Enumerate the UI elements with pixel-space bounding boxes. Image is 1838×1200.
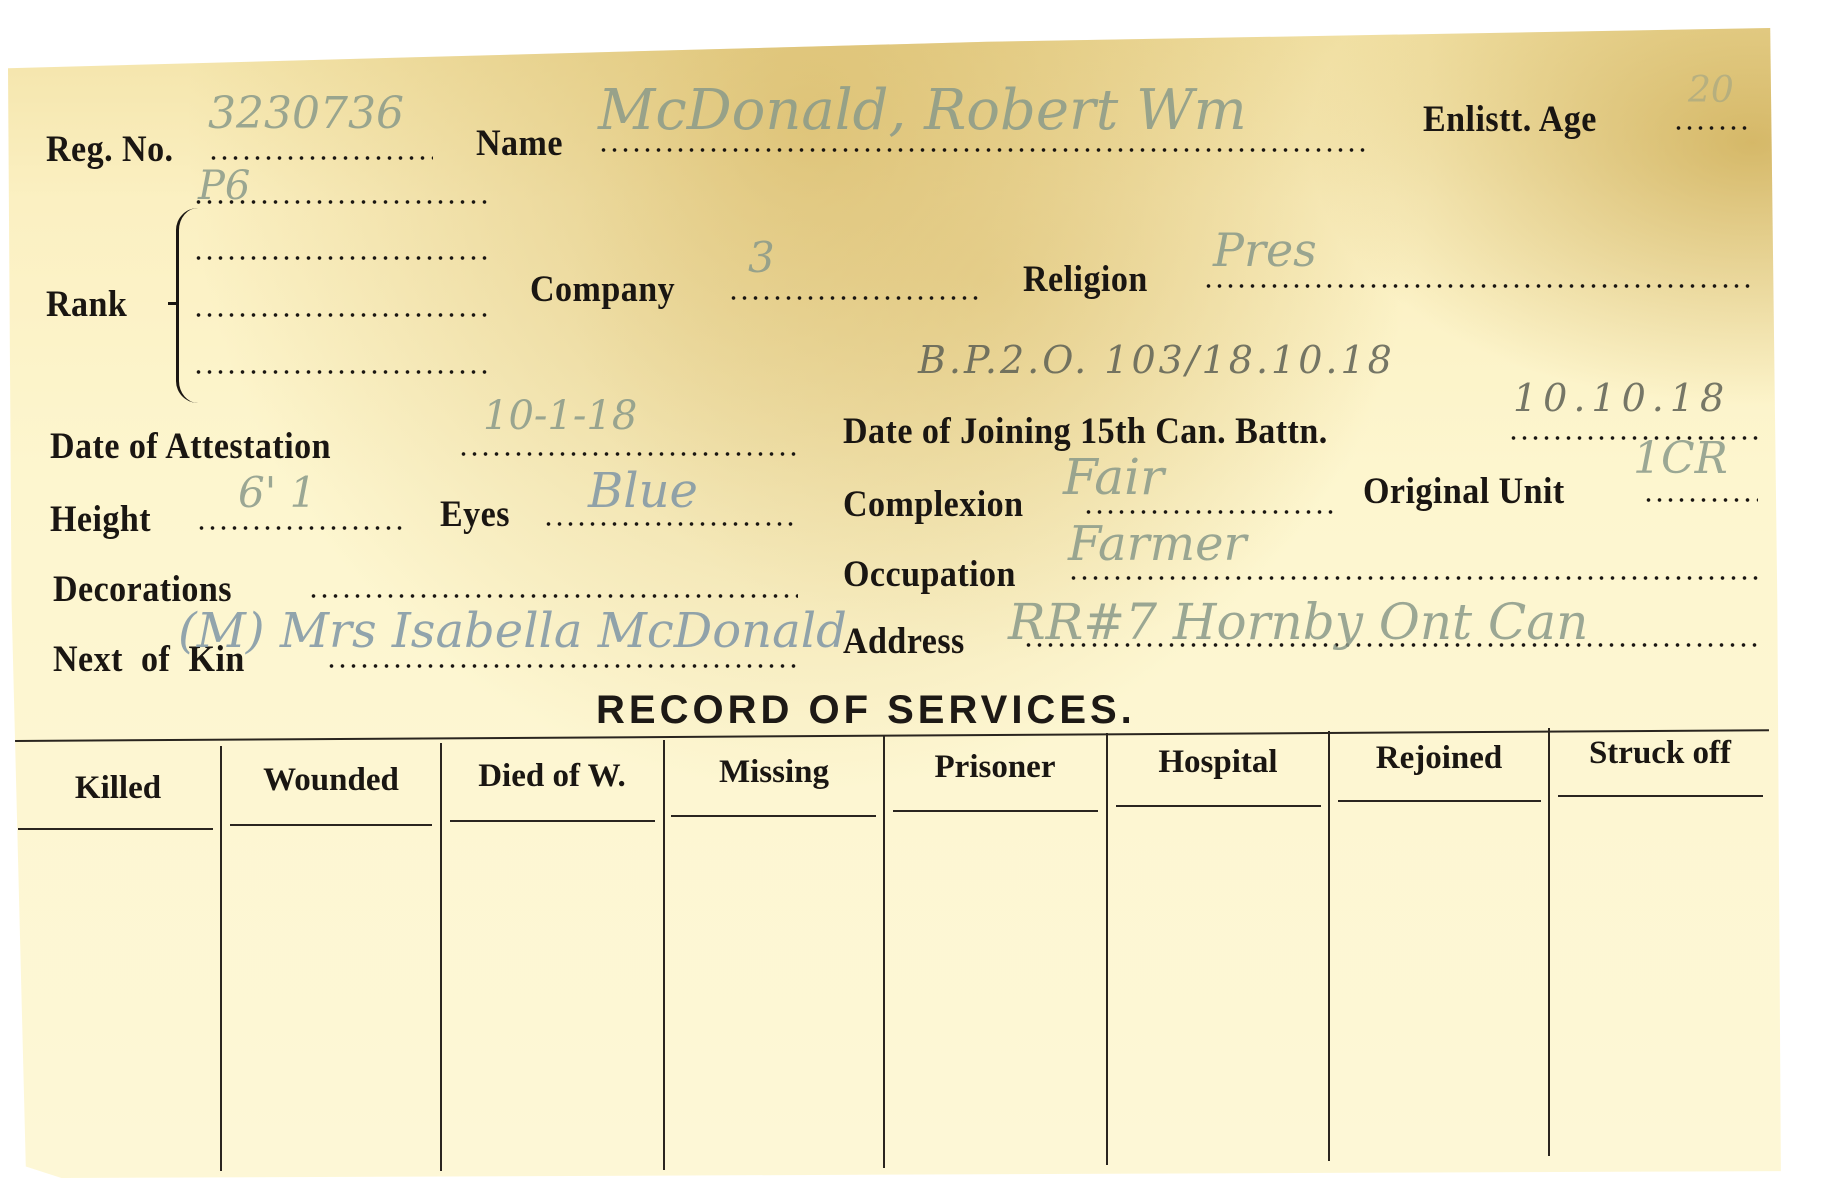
next-of-kin-dotted-line (326, 664, 798, 668)
enlist-age-value: 20 (1688, 70, 1734, 111)
annotation-note: B.P.2.O. 103/18.10.18 (918, 338, 1395, 382)
occupation-dotted-line (1068, 576, 1758, 580)
reg-no-label: Reg. No. (46, 128, 174, 171)
religion-dotted-line (1203, 284, 1753, 288)
record-of-services-title: RECORD OF SERVICES. (596, 688, 1136, 733)
col-header-struck-off: Struck off (1550, 735, 1770, 772)
rank-line-1 (193, 200, 493, 204)
company-value: 3 (748, 233, 775, 282)
company-dotted-line (728, 296, 983, 300)
name-value: McDonald, Robert Wm (598, 78, 1247, 143)
header-underline-2 (230, 824, 432, 826)
religion-label: Religion (1023, 258, 1148, 301)
rank-line-3 (193, 313, 493, 317)
col-header-killed: Killed (18, 770, 218, 807)
col-divider-6 (1328, 731, 1330, 1161)
col-divider-5 (1106, 733, 1108, 1165)
date-of-attestation-value: 10-1-18 (483, 393, 637, 439)
col-divider-3 (663, 740, 665, 1170)
next-of-kin-value: (M) Mrs Isabella McDonald (178, 603, 847, 659)
rank-label: Rank (46, 283, 127, 326)
address-label: Address (843, 620, 965, 663)
col-header-wounded: Wounded (222, 762, 440, 799)
occupation-label: Occupation (843, 553, 1016, 596)
occupation-value: Farmer (1068, 516, 1246, 572)
address-value: RR#7 Hornby Ont Can (1008, 593, 1588, 651)
enlist-age-dotted-line (1673, 126, 1753, 130)
header-underline-3 (450, 820, 655, 822)
height-label: Height (50, 498, 151, 541)
col-divider-1 (220, 746, 222, 1171)
header-underline-5 (893, 810, 1098, 812)
original-unit-label: Original Unit (1363, 470, 1565, 513)
col-divider-4 (883, 736, 885, 1168)
col-header-rejoined: Rejoined (1330, 740, 1548, 777)
height-dotted-line (196, 526, 406, 530)
company-label: Company (530, 268, 675, 311)
name-dotted-line (598, 148, 1368, 152)
eyes-label: Eyes (440, 493, 510, 536)
rank-line-4 (193, 370, 493, 374)
date-of-attestation-dotted-line (458, 452, 798, 456)
rank-brace-tip (168, 302, 178, 305)
complexion-value: Fair (1063, 448, 1164, 506)
height-value: 6' 1 (238, 468, 316, 517)
original-unit-dotted-line (1643, 498, 1758, 502)
original-unit-value: 1CR (1633, 433, 1728, 484)
reg-no-dotted-line (208, 156, 433, 160)
col-header-missing: Missing (665, 754, 883, 791)
religion-value: Pres (1213, 223, 1317, 277)
header-underline-7 (1338, 800, 1541, 802)
eyes-value: Blue (588, 463, 698, 519)
header-underline-4 (671, 815, 876, 817)
complexion-dotted-line (1083, 510, 1338, 514)
header-underline-6 (1116, 805, 1321, 807)
col-divider-7 (1548, 728, 1550, 1156)
name-label: Name (476, 122, 563, 165)
col-divider-2 (440, 743, 442, 1171)
complexion-label: Complexion (843, 483, 1023, 526)
eyes-dotted-line (543, 522, 798, 526)
date-of-joining-value: 10.10.18 (1513, 376, 1730, 420)
header-underline-8 (1558, 795, 1763, 797)
service-record-card: Reg. No. 3230736 P6 Name McDonald, Rober… (8, 28, 1788, 1178)
header-underline-1 (18, 828, 213, 830)
rank-line-2 (193, 256, 493, 260)
date-of-joining-label: Date of Joining 15th Can. Battn. (843, 410, 1328, 453)
col-header-hospital: Hospital (1108, 744, 1328, 781)
date-of-attestation-label: Date of Attestation (50, 425, 331, 468)
decorations-dotted-line (308, 594, 798, 598)
col-header-died-of-wounds: Died of W. (442, 758, 662, 795)
col-header-prisoner: Prisoner (885, 749, 1105, 786)
enlist-age-label: Enlistt. Age (1423, 98, 1597, 141)
reg-no-value: 3230736 (208, 88, 404, 139)
